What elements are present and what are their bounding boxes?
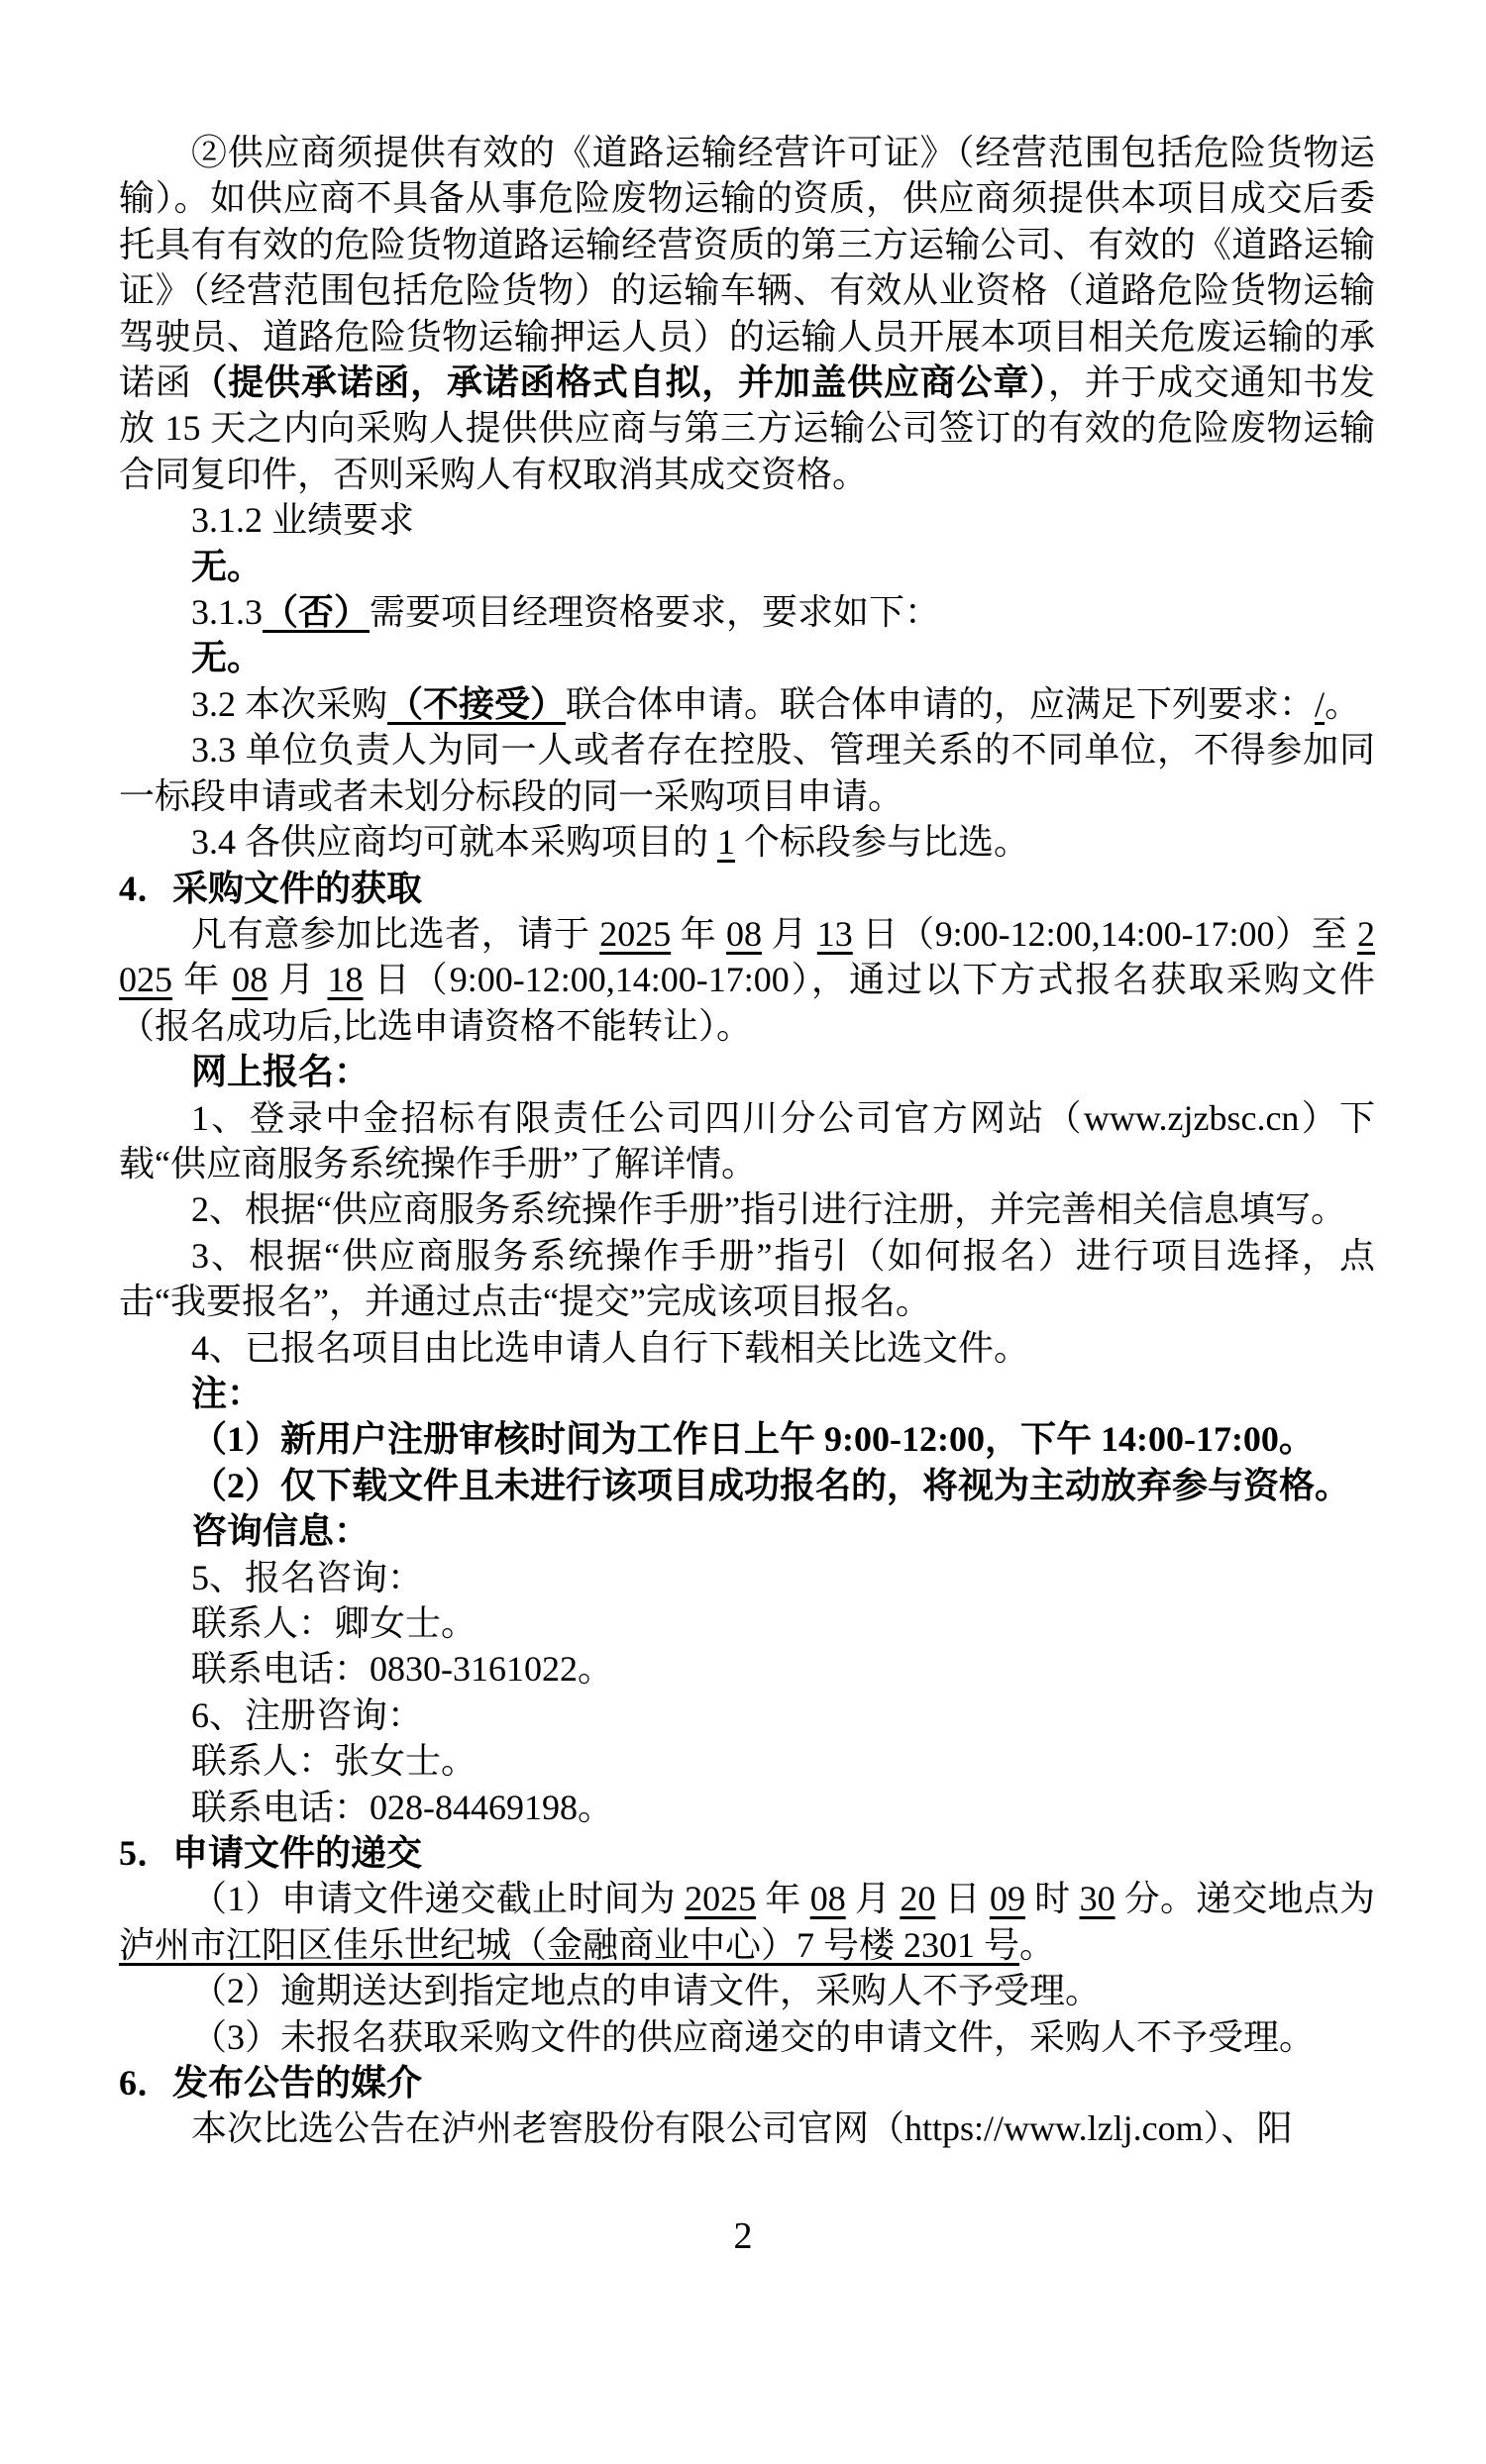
text-run: 1、登录中金招标有限责任公司四川分公司官方网站（www.zjzbsc.cn）下载… [119,1098,1375,1183]
text-run: （2）仅下载文件且未进行该项目成功报名的，将视为主动放弃参与资格。 [191,1466,1350,1505]
section-heading: 6．发布公告的媒介 [119,2060,1375,2105]
paragraph: 2、根据“供应商服务系统操作手册”指引进行注册，并完善相关信息填写。 [119,1186,1375,1232]
text-run: 联合体申请。联合体申请的，应满足下列要求： [566,684,1315,724]
paragraph: 咨询信息： [119,1508,1375,1554]
paragraph: （1）申请文件递交截止时间为 2025 年 08 月 20 日 09 时 30 … [119,1876,1375,1968]
text-run: 。 [1019,1925,1055,1965]
text-run: 3、根据“供应商服务系统操作手册”指引（如何报名）进行项目选择，点击“我要报名”… [119,1236,1375,1321]
text-run: 年 [172,960,232,999]
text-run: 3.3 单位负责人为同一人或者存在控股、管理关系的不同单位，不得参加同一标段申请… [119,730,1375,815]
text-run: 18 [328,960,364,999]
text-run: 分。递交地点为 [1115,1879,1375,1918]
text-run: 个标段参与比选。 [735,822,1029,862]
paragraph: 3.1.3（否）需要项目经理资格要求，要求如下： [119,589,1375,635]
text-run: 联系人：卿女士。 [191,1603,477,1643]
text-run: （3）未报名获取采购文件的供应商递交的申请文件，采购人不予受理。 [191,2017,1315,2057]
text-run: 月 [762,914,817,954]
paragraph: 6、注册咨询： [119,1693,1375,1738]
text-run: 3.1.2 业绩要求 [191,500,414,540]
section-heading: 4．采购文件的获取 [119,866,1375,911]
text-run: 月 [267,960,327,999]
paragraph: 3.1.2 业绩要求 [119,497,1375,543]
text-run: 6．发布公告的媒介 [119,2063,422,2103]
paragraph: 4、已报名项目由比选申请人自行下载相关比选文件。 [119,1325,1375,1371]
text-run: 30 [1080,1879,1115,1918]
text-run: 5．申请文件的递交 [119,1833,422,1873]
text-run: 泸州市江阳区佳乐世纪城（金融商业中心）7 号楼 2301 号 [119,1925,1019,1965]
text-run: 3.4 各供应商均可就本采购项目的 [191,822,717,862]
text-run: 年 [671,914,726,954]
paragraph: （2）仅下载文件且未进行该项目成功报名的，将视为主动放弃参与资格。 [119,1463,1375,1508]
text-run: 20 [900,1879,935,1918]
text-run: 2、根据“供应商服务系统操作手册”指引进行注册，并完善相关信息填写。 [191,1189,1346,1229]
paragraph: 注： [119,1371,1375,1416]
paragraph: 本次比选公告在泸州老窖股份有限公司官网（https://www.lzlj.com… [119,2105,1375,2151]
text-run: 本次比选公告在泸州老窖股份有限公司官网（https://www.lzlj.com… [191,2108,1293,2148]
text-run: 联系电话：0830-3161022。 [191,1649,613,1689]
paragraph: 凡有意参加比选者，请于 2025 年 08 月 13 日（9:00-12:00,… [119,911,1375,1049]
text-run: 2025 [599,914,671,954]
text-run: （1）申请文件递交截止时间为 [191,1879,685,1918]
text-run: 08 [232,960,267,999]
paragraph: 5、报名咨询： [119,1555,1375,1600]
paragraph: 3、根据“供应商服务系统操作手册”指引（如何报名）进行项目选择，点击“我要报名”… [119,1233,1375,1325]
paragraph: 联系电话：0830-3161022。 [119,1646,1375,1692]
paragraph: 联系人：张女士。 [119,1738,1375,1784]
text-run: （1）新用户注册审核时间为工作日上午 9:00-12:00，下午 14:00-1… [191,1419,1315,1459]
text-run: 4、已报名项目由比选申请人自行下载相关比选文件。 [191,1328,1029,1368]
paragraph: 无。 [119,635,1375,680]
document-page: ②供应商须提供有效的《道路运输经营许可证》（经营范围包括危险货物运输）。如供应商… [0,0,1486,2464]
paragraph: 网上报名： [119,1049,1375,1094]
paragraph: 联系电话：028-84469198。 [119,1785,1375,1830]
text-run: 3.1.3 [191,592,263,632]
text-run: 09 [990,1879,1025,1918]
text-run: （提供承诺函，承诺函格式自拟，并加盖供应商公章） [192,362,1048,402]
paragraph: ②供应商须提供有效的《道路运输经营许可证》（经营范围包括危险货物运输）。如供应商… [119,130,1375,497]
text-run: / [1315,684,1325,724]
paragraph: 无。 [119,544,1375,589]
text-run: 联系电话：028-84469198。 [191,1788,613,1827]
text-run: 时 [1025,1879,1080,1918]
text-run: 2025 [685,1879,756,1918]
text-run: 需要项目经理资格要求，要求如下： [370,592,940,632]
text-run: 无。 [191,547,263,586]
text-run: 注： [191,1374,263,1413]
paragraph: 3.2 本次采购（不接受）联合体申请。联合体申请的，应满足下列要求：/。 [119,681,1375,727]
page-number: 2 [0,2216,1486,2256]
paragraph: （1）新用户注册审核时间为工作日上午 9:00-12:00，下午 14:00-1… [119,1416,1375,1462]
text-run: 13 [817,914,853,954]
text-run: 无。 [191,638,263,677]
text-run: 联系人：张女士。 [191,1741,477,1781]
text-run: 凡有意参加比选者，请于 [191,914,599,954]
text-run: 。 [1325,684,1360,724]
text-run: 网上报名： [191,1052,370,1091]
paragraph: （3）未报名获取采购文件的供应商递交的申请文件，采购人不予受理。 [119,2014,1375,2060]
text-run: 4．采购文件的获取 [119,869,422,908]
paragraph: 联系人：卿女士。 [119,1600,1375,1646]
text-run: （否） [263,592,370,632]
text-run: 08 [726,914,762,954]
text-run: 3.2 本次采购 [191,684,387,724]
paragraph: 3.4 各供应商均可就本采购项目的 1 个标段参与比选。 [119,819,1375,865]
text-run: 年 [756,1879,810,1918]
text-run: 咨询信息： [191,1511,370,1551]
text-run: 1 [717,822,735,862]
text-run: （2）逾期送达到指定地点的申请文件，采购人不予受理。 [191,1971,1101,2010]
document-content: ②供应商须提供有效的《道路运输经营许可证》（经营范围包括危险货物运输）。如供应商… [119,130,1375,2152]
text-run: 6、注册咨询： [191,1695,423,1735]
paragraph: （2）逾期送达到指定地点的申请文件，采购人不予受理。 [119,1968,1375,2013]
paragraph: 3.3 单位负责人为同一人或者存在控股、管理关系的不同单位，不得参加同一标段申请… [119,727,1375,819]
text-run: 08 [810,1879,846,1918]
section-heading: 5．申请文件的递交 [119,1830,1375,1876]
text-run: （不接受） [387,684,566,724]
text-run: 5、报名咨询： [191,1558,423,1597]
text-run: 日 [935,1879,990,1918]
paragraph: 1、登录中金招标有限责任公司四川分公司官方网站（www.zjzbsc.cn）下载… [119,1095,1375,1187]
text-run: 日（9:00-12:00,14:00-17:00）至 [853,914,1357,954]
text-run: 月 [846,1879,901,1918]
